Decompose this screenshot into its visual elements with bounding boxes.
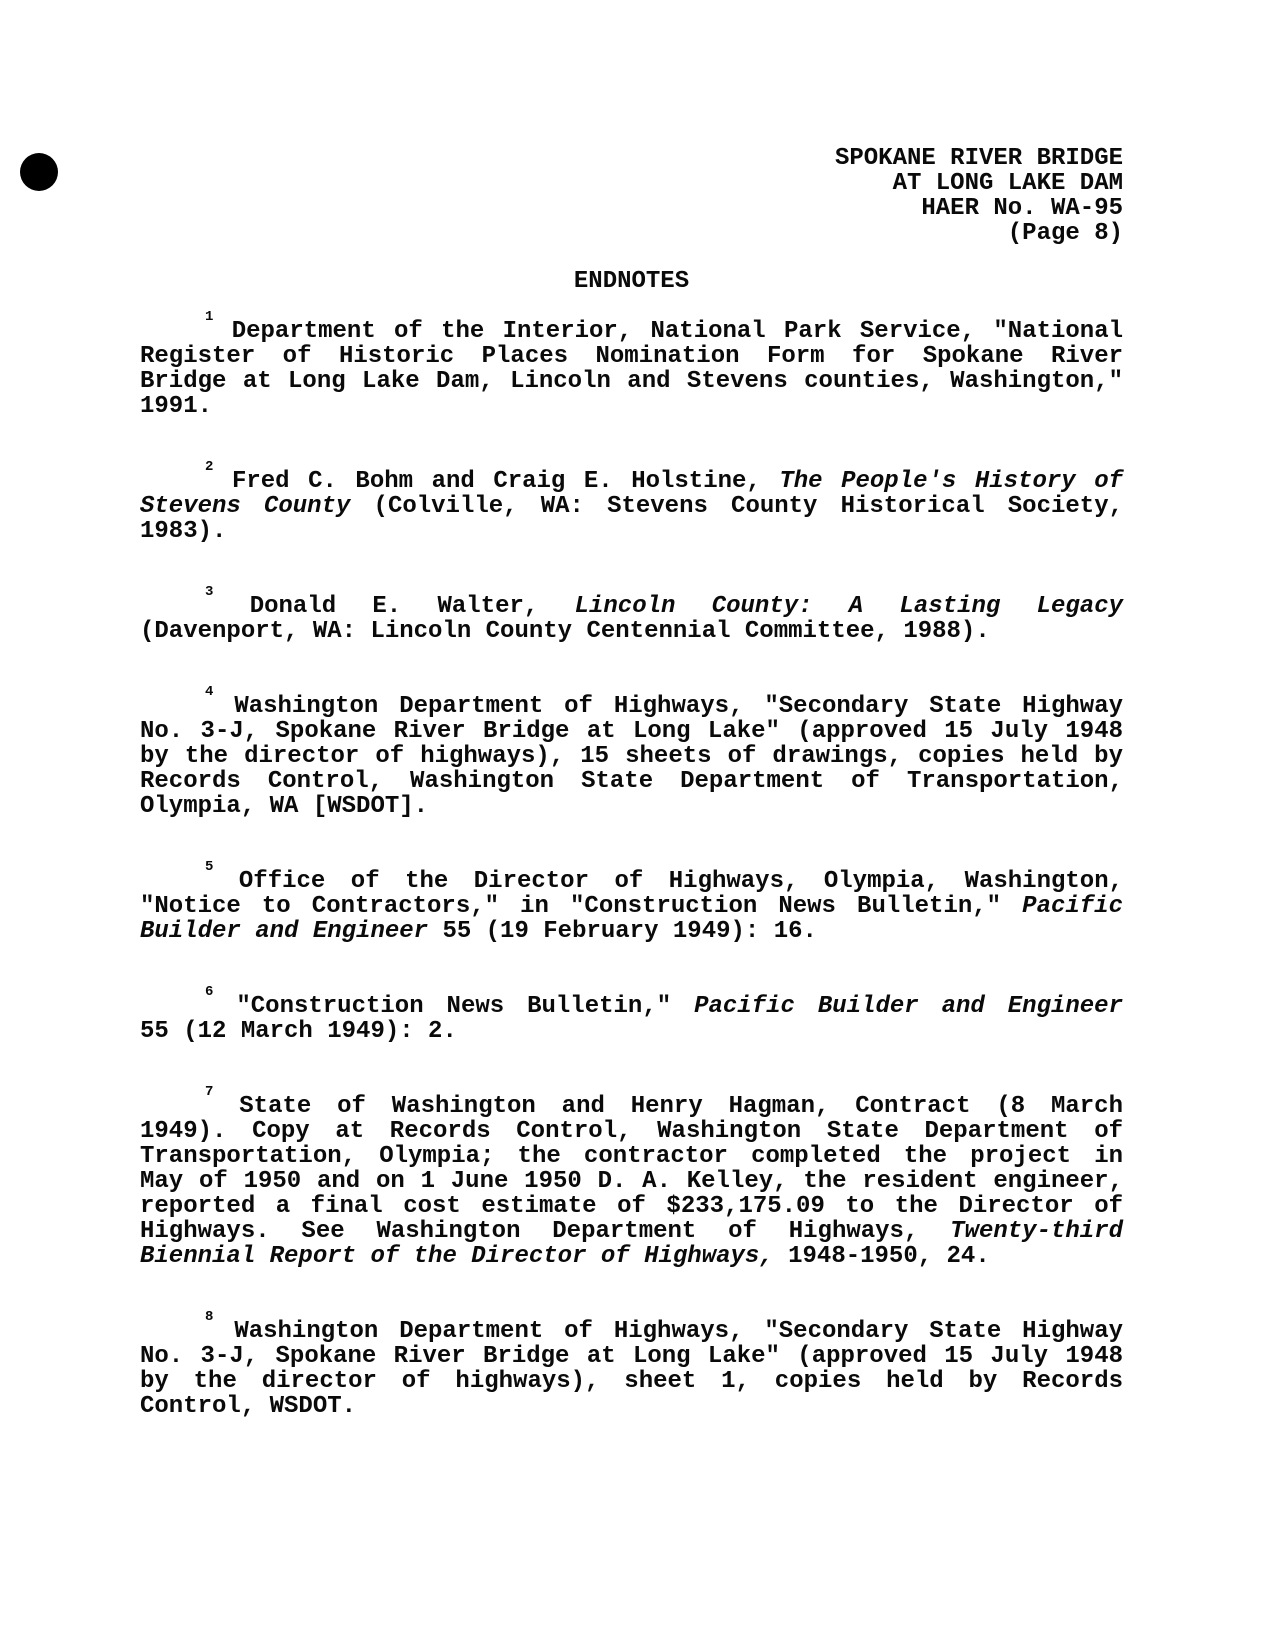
endnote-text: reported a final cost estimate of $233,1… (140, 1193, 1123, 1220)
header-line-location: AT LONG LAKE DAM (0, 171, 1123, 196)
endnote-text: by the director of highways), 15 sheets … (140, 743, 1123, 770)
endnote-text: Olympia, WA [WSDOT]. (140, 793, 428, 820)
endnote-text: 1949). Copy at Records Control, Washingt… (140, 1118, 1123, 1145)
endnote-line: by the director of highways), 15 sheets … (140, 744, 1123, 769)
hole-punch-mark (20, 153, 58, 191)
endnote-text: Fred C. Bohm and Craig E. Holstine, (232, 468, 779, 495)
endnote-text: Records Control, Washington State Depart… (140, 768, 1123, 795)
endnote-line: 1983). (140, 519, 1123, 544)
header-line-haer-number: HAER No. WA-95 (0, 196, 1123, 221)
endnote-text-italic: Builder and Engineer (140, 918, 428, 945)
endnote-text: Department of the Interior, National Par… (232, 318, 1123, 345)
endnote-text-italic: Pacific (1022, 893, 1123, 920)
endnote-text: 1991. (140, 393, 212, 420)
endnote-text: "Notice to Contractors," in "Constructio… (140, 893, 1022, 920)
endnote-line: 5 Office of the Director of Highways, Ol… (140, 869, 1123, 894)
endnote-line: reported a final cost estimate of $233,1… (140, 1194, 1123, 1219)
endnote-line: Transportation, Olympia; the contractor … (140, 1144, 1123, 1169)
endnote-line: 4 Washington Department of Highways, "Se… (140, 694, 1123, 719)
endnote-line: 1 Department of the Interior, National P… (140, 319, 1123, 344)
endnote-6: 6 "Construction News Bulletin," Pacific … (140, 994, 1123, 1044)
endnote-text: Washington Department of Highways, "Seco… (234, 1318, 1123, 1345)
endnote-number: 5 (205, 859, 213, 875)
endnote-number: 3 (205, 584, 213, 600)
header-line-project: SPOKANE RIVER BRIDGE (0, 146, 1123, 171)
endnotes-list: 1 Department of the Interior, National P… (140, 319, 1123, 1419)
endnote-text: (Colville, WA: Stevens County Historical… (350, 493, 1123, 520)
endnote-number: 1 (205, 309, 213, 325)
endnote-text: 1948-1950, 24. (774, 1243, 990, 1270)
endnote-text: by the director of highways), sheet 1, c… (140, 1368, 1123, 1395)
endnote-number: 8 (205, 1309, 213, 1325)
endnote-line: No. 3-J, Spokane River Bridge at Long La… (140, 719, 1123, 744)
endnote-text-italic: Twenty-third (950, 1218, 1123, 1245)
endnote-text: Office of the Director of Highways, Olym… (239, 868, 1123, 895)
endnote-line: (Davenport, WA: Lincoln County Centennia… (140, 619, 1123, 644)
endnote-line: Biennial Report of the Director of Highw… (140, 1244, 1123, 1269)
endnote-3: 3 Donald E. Walter, Lincoln County: A La… (140, 594, 1123, 644)
endnote-line: 55 (12 March 1949): 2. (140, 1019, 1123, 1044)
endnote-5: 5 Office of the Director of Highways, Ol… (140, 869, 1123, 944)
endnote-number: 4 (205, 684, 213, 700)
endnote-text: No. 3-J, Spokane River Bridge at Long La… (140, 718, 1123, 745)
endnote-line: 3 Donald E. Walter, Lincoln County: A La… (140, 594, 1123, 619)
endnote-line: Records Control, Washington State Depart… (140, 769, 1123, 794)
endnote-text-italic: Biennial Report of the Director of Highw… (140, 1243, 774, 1270)
endnote-text: "Construction News Bulletin," (236, 993, 694, 1020)
endnote-line: Builder and Engineer 55 (19 February 194… (140, 919, 1123, 944)
endnote-text: No. 3-J, Spokane River Bridge at Long La… (140, 1343, 1123, 1370)
endnote-text: Register of Historic Places Nomination F… (140, 343, 1123, 370)
endnote-text: Control, WSDOT. (140, 1393, 356, 1420)
endnote-2: 2 Fred C. Bohm and Craig E. Holstine, Th… (140, 469, 1123, 544)
document-header: SPOKANE RIVER BRIDGE AT LONG LAKE DAM HA… (0, 0, 1269, 246)
endnote-line: 6 "Construction News Bulletin," Pacific … (140, 994, 1123, 1019)
endnote-text-italic: The People's History of (779, 468, 1123, 495)
header-line-page-number: (Page 8) (0, 221, 1123, 246)
endnote-line: 2 Fred C. Bohm and Craig E. Holstine, Th… (140, 469, 1123, 494)
endnote-text: 55 (12 March 1949): 2. (140, 1018, 457, 1045)
endnote-text-italic: Pacific Builder and Engineer (694, 993, 1123, 1020)
endnote-line: Bridge at Long Lake Dam, Lincoln and Ste… (140, 369, 1123, 394)
endnote-line: 1991. (140, 394, 1123, 419)
endnote-1: 1 Department of the Interior, National P… (140, 319, 1123, 419)
endnote-text: Highways. See Washington Department of H… (140, 1218, 950, 1245)
endnote-number: 2 (205, 459, 213, 475)
endnote-text: (Davenport, WA: Lincoln County Centennia… (140, 618, 990, 645)
endnote-text: Bridge at Long Lake Dam, Lincoln and Ste… (140, 368, 1123, 395)
endnote-line: No. 3-J, Spokane River Bridge at Long La… (140, 1344, 1123, 1369)
endnote-line: Register of Historic Places Nomination F… (140, 344, 1123, 369)
endnote-line: 1949). Copy at Records Control, Washingt… (140, 1119, 1123, 1144)
document-page: SPOKANE RIVER BRIDGE AT LONG LAKE DAM HA… (0, 0, 1269, 1639)
endnote-text: Transportation, Olympia; the contractor … (140, 1143, 1123, 1170)
endnote-text: 55 (19 February 1949): 16. (428, 918, 817, 945)
endnote-number: 7 (205, 1084, 213, 1100)
endnote-text-italic: Lincoln County: A Lasting Legacy (575, 593, 1123, 620)
endnote-line: 8 Washington Department of Highways, "Se… (140, 1319, 1123, 1344)
endnote-text: Washington Department of Highways, "Seco… (234, 693, 1123, 720)
endnote-7: 7 State of Washington and Henry Hagman, … (140, 1094, 1123, 1269)
endnote-4: 4 Washington Department of Highways, "Se… (140, 694, 1123, 819)
endnote-line: "Notice to Contractors," in "Constructio… (140, 894, 1123, 919)
endnote-text: 1983). (140, 518, 226, 545)
endnote-line: by the director of highways), sheet 1, c… (140, 1369, 1123, 1394)
endnote-line: Stevens County (Colville, WA: Stevens Co… (140, 494, 1123, 519)
endnote-text-italic: Stevens County (140, 493, 350, 520)
endnote-8: 8 Washington Department of Highways, "Se… (140, 1319, 1123, 1419)
endnote-text: Donald E. Walter, (250, 593, 575, 620)
endnote-text: State of Washington and Henry Hagman, Co… (239, 1093, 1123, 1120)
endnote-text: May of 1950 and on 1 June 1950 D. A. Kel… (140, 1168, 1123, 1195)
endnote-line: Olympia, WA [WSDOT]. (140, 794, 1123, 819)
page-title: ENDNOTES (140, 269, 1123, 294)
endnote-line: May of 1950 and on 1 June 1950 D. A. Kel… (140, 1169, 1123, 1194)
endnote-line: Control, WSDOT. (140, 1394, 1123, 1419)
endnote-line: Highways. See Washington Department of H… (140, 1219, 1123, 1244)
endnote-line: 7 State of Washington and Henry Hagman, … (140, 1094, 1123, 1119)
endnote-number: 6 (205, 984, 213, 1000)
